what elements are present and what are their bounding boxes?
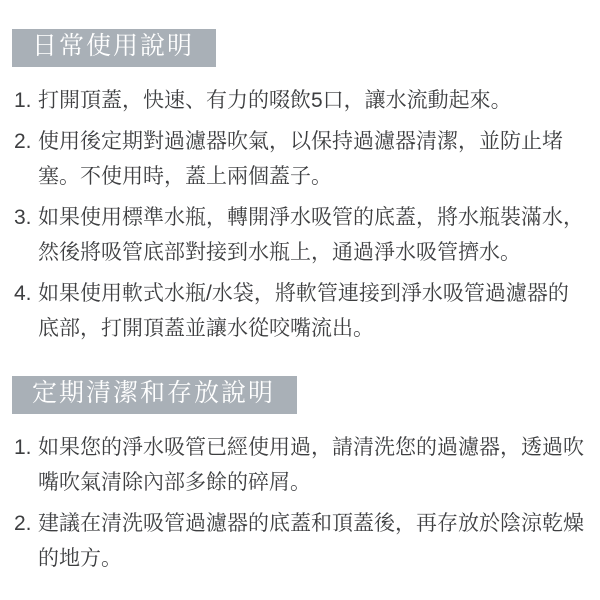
list-item-text: 如果使用軟式水瓶/水袋，將軟管連接到淨水吸管過濾器的底部，打開頂蓋並讓水從咬嘴流… [38,276,586,346]
section-title-cleaning-storage: 定期清潔和存放說明 [12,376,297,414]
list-item-number: 4. [12,276,38,311]
instructions-document: 日常使用說明 1. 打開頂蓋，快速、有力的啜飲5口，讓水流動起來。 2. 使用後… [0,0,600,600]
list-item: 3. 如果使用標準水瓶，轉開淨水吸管的底蓋，將水瓶裝滿水，然後將吸管底部對接到水… [12,200,586,270]
list-item: 2. 使用後定期對過濾器吹氣，以保持過濾器清潔，並防止堵塞。不使用時，蓋上兩個蓋… [12,124,586,194]
list-item-text: 打開頂蓋，快速、有力的啜飲5口，讓水流動起來。 [38,83,586,118]
cleaning-storage-list: 1. 如果您的淨水吸管已經使用過，請清洗您的過濾器，透過吹嘴吹氣清除內部多餘的碎… [12,430,586,576]
list-item-text: 建議在清洗吸管過濾器的底蓋和頂蓋後，再存放於陰涼乾燥的地方。 [38,506,586,576]
daily-use-list: 1. 打開頂蓋，快速、有力的啜飲5口，讓水流動起來。 2. 使用後定期對過濾器吹… [12,83,586,346]
list-item-number: 3. [12,200,38,235]
list-item-number: 2. [12,124,38,159]
list-item-number: 2. [12,506,38,541]
section-title-daily-use: 日常使用說明 [12,29,216,67]
list-item-text: 使用後定期對過濾器吹氣，以保持過濾器清潔，並防止堵塞。不使用時，蓋上兩個蓋子。 [38,124,586,194]
list-item-number: 1. [12,83,38,118]
section-cleaning-storage: 定期清潔和存放說明 1. 如果您的淨水吸管已經使用過，請清洗您的過濾器，透過吹嘴… [12,376,586,576]
list-item: 1. 打開頂蓋，快速、有力的啜飲5口，讓水流動起來。 [12,83,586,118]
list-item: 2. 建議在清洗吸管過濾器的底蓋和頂蓋後，再存放於陰涼乾燥的地方。 [12,506,586,576]
list-item-text: 如果您的淨水吸管已經使用過，請清洗您的過濾器，透過吹嘴吹氣清除內部多餘的碎屑。 [38,430,586,500]
section-daily-use: 日常使用說明 1. 打開頂蓋，快速、有力的啜飲5口，讓水流動起來。 2. 使用後… [12,29,586,346]
list-item-text: 如果使用標準水瓶，轉開淨水吸管的底蓋，將水瓶裝滿水，然後將吸管底部對接到水瓶上，… [38,200,586,270]
list-item: 4. 如果使用軟式水瓶/水袋，將軟管連接到淨水吸管過濾器的底部，打開頂蓋並讓水從… [12,276,586,346]
list-item-number: 1. [12,430,38,465]
list-item: 1. 如果您的淨水吸管已經使用過，請清洗您的過濾器，透過吹嘴吹氣清除內部多餘的碎… [12,430,586,500]
